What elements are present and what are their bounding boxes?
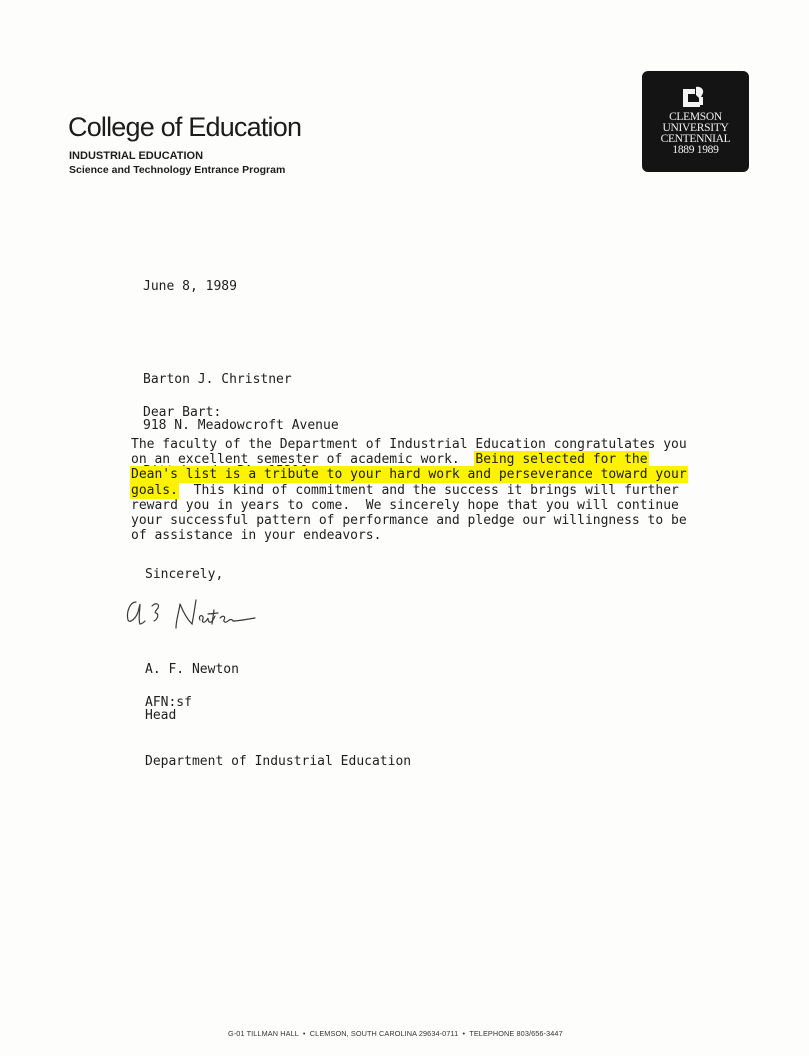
salutation: Dear Bart:: [143, 405, 221, 420]
highlighted-text: Being selected for the: [475, 452, 647, 467]
logo-text: CLEMSON UNIVERSITY CENTENNIAL 1889 1989: [642, 112, 749, 156]
footer-address: G-01 TILLMAN HALL • CLEMSON, SOUTH CAROL…: [228, 1029, 563, 1038]
body-line: goals. This kind of commitment and the s…: [131, 483, 687, 498]
recipient-name: Barton J. Christner: [143, 372, 339, 387]
letter-body: The faculty of the Department of Industr…: [131, 437, 687, 543]
body-text: The faculty of the Department of Industr…: [131, 437, 687, 452]
letterhead-program: Science and Technology Entrance Program: [69, 164, 285, 176]
signer-title: Head: [145, 708, 411, 723]
reference-initials: AFN:sf: [145, 695, 192, 710]
body-line: on an excellent semester of academic wor…: [131, 452, 687, 467]
body-line: reward you in years to come. We sincerel…: [131, 498, 687, 513]
body-text: This kind of commitment and the success …: [178, 483, 679, 498]
closing: Sincerely,: [145, 567, 223, 582]
letterhead-department: INDUSTRIAL EDUCATION: [69, 150, 203, 162]
logo-line: 1889 1989: [642, 145, 749, 156]
body-line: your successful pattern of performance a…: [131, 513, 687, 528]
letterhead-college-title: College of Education: [68, 112, 301, 143]
body-line: of assistance in your endeavors.: [131, 528, 687, 543]
signer-department: Department of Industrial Education: [145, 754, 411, 769]
letter-date: June 8, 1989: [143, 279, 237, 294]
signer-name: A. F. Newton: [145, 662, 411, 677]
body-text: reward you in years to come. We sincerel…: [131, 498, 679, 513]
highlighted-text: goals.: [131, 483, 178, 498]
body-text: on an excellent semester of academic wor…: [131, 452, 475, 467]
clemson-centennial-logo: CLEMSON UNIVERSITY CENTENNIAL 1889 1989: [642, 71, 749, 172]
body-text: of assistance in your endeavors.: [131, 528, 381, 543]
clemson-centennial-mark-icon: [681, 85, 709, 109]
body-line: Dean's list is a tribute to your hard wo…: [131, 467, 687, 482]
body-line: The faculty of the Department of Industr…: [131, 437, 687, 452]
recipient-street: 918 N. Meadowcroft Avenue: [143, 418, 339, 433]
body-text: your successful pattern of performance a…: [131, 513, 687, 528]
handwritten-signature-icon: [118, 592, 293, 632]
highlighted-text: Dean's list is a tribute to your hard wo…: [131, 467, 687, 482]
